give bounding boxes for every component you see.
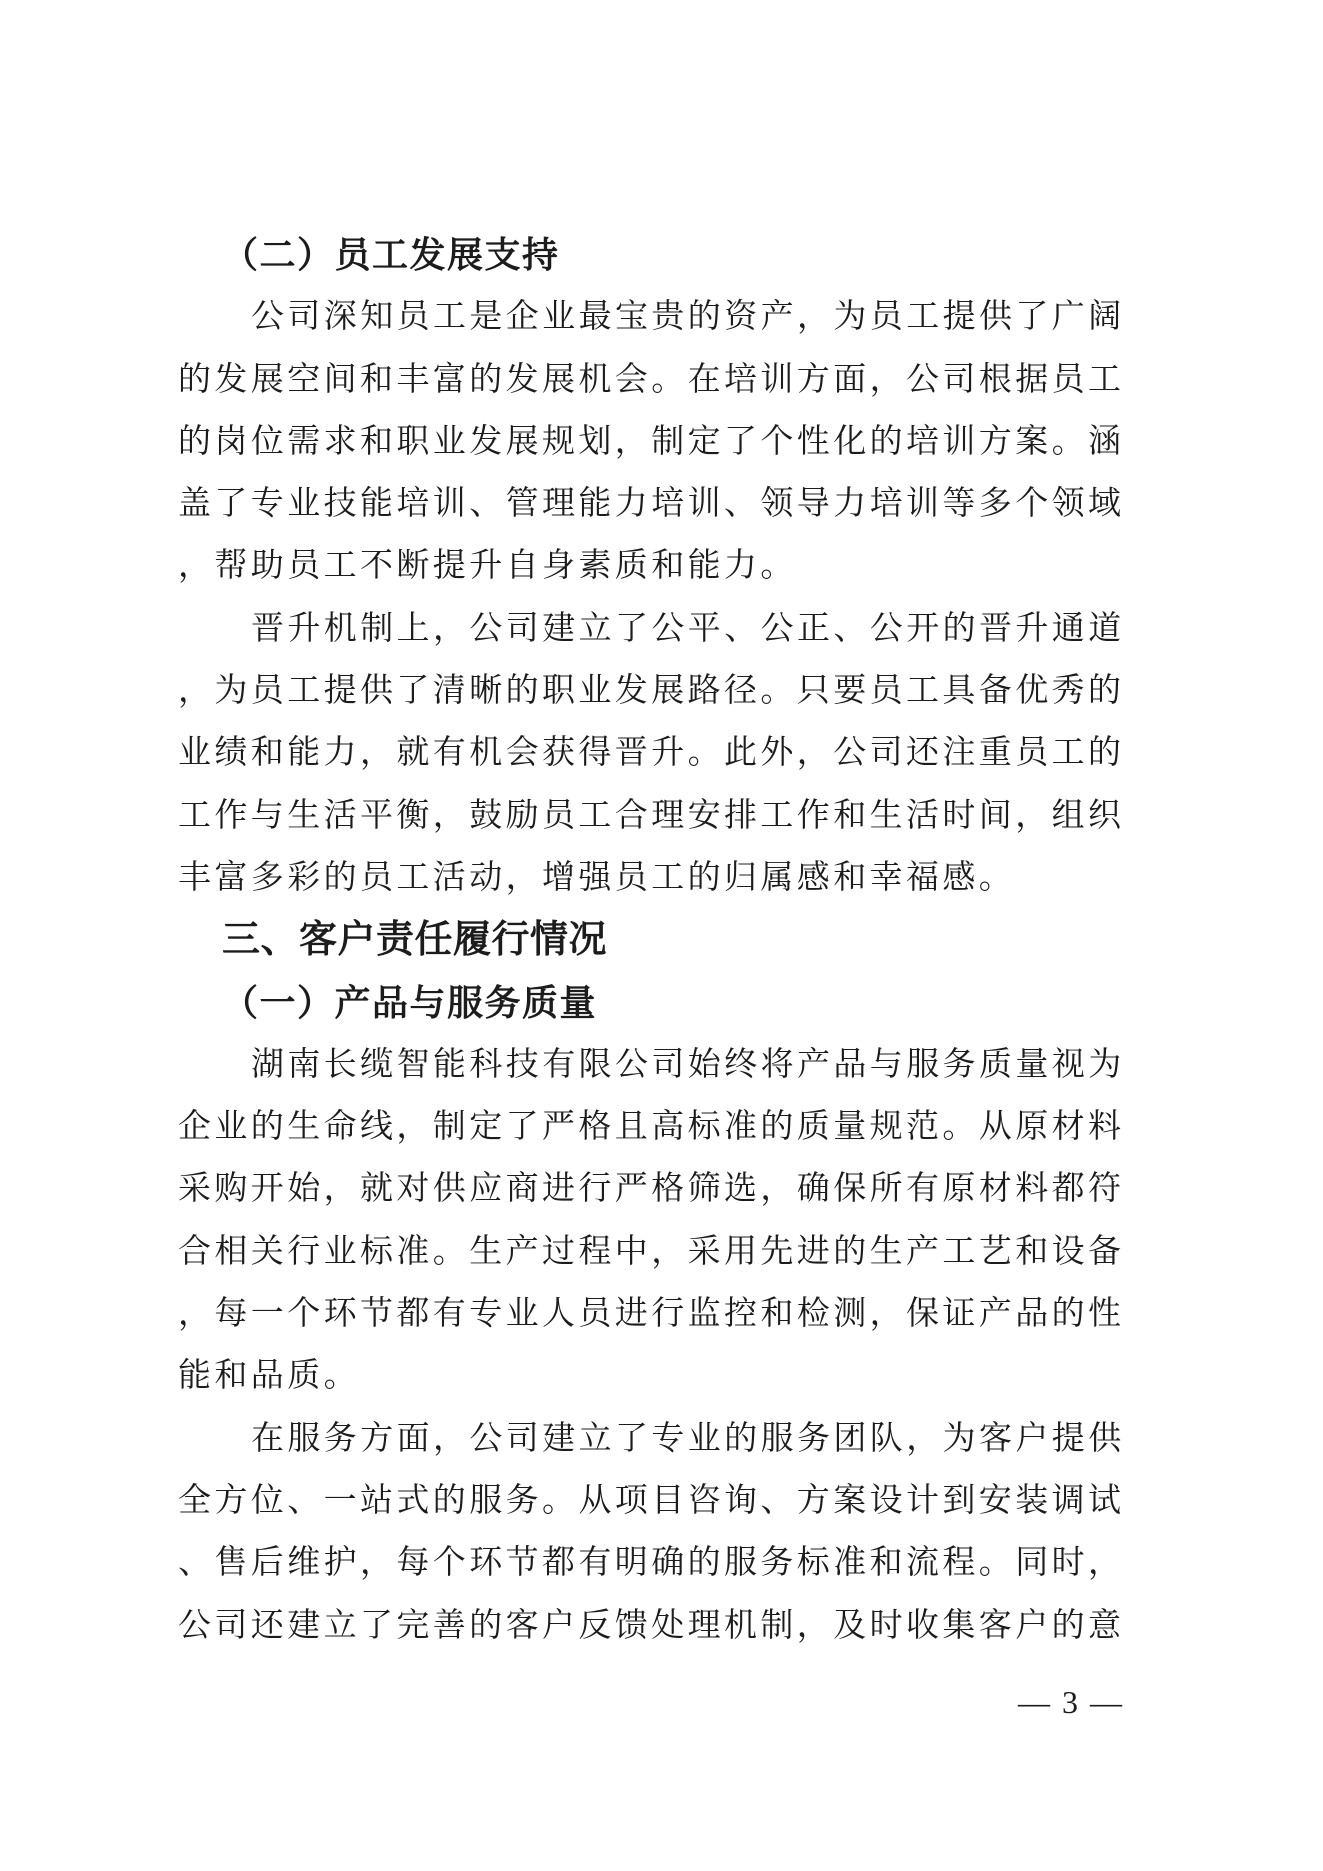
paragraph-line: 企业的生命线，制定了严格且高标准的质量规范。从原材料 bbox=[178, 1096, 1158, 1158]
paragraph-line: 湖南长缆智能科技有限公司始终将产品与服务质量视为 bbox=[178, 1034, 1158, 1096]
paragraph-line: ，每一个环节都有专业人员进行监控和检测，保证产品的性 bbox=[178, 1283, 1158, 1345]
paragraph-line: 业绩和能力，就有机会获得晋升。此外，公司还注重员工的 bbox=[178, 722, 1158, 784]
paragraph-line: 合相关行业标准。生产过程中，采用先进的生产工艺和设备 bbox=[178, 1221, 1158, 1283]
section-heading: 三、客户责任履行情况 bbox=[178, 909, 1158, 971]
paragraph-line: 公司深知员工是企业最宝贵的资产，为员工提供了广阔 bbox=[178, 286, 1158, 348]
paragraph-line: 盖了专业技能培训、管理能力培训、领导力培训等多个领域 bbox=[178, 473, 1158, 535]
paragraph-line: ，为员工提供了清晰的职业发展路径。只要员工具备优秀的 bbox=[178, 660, 1158, 722]
paragraph-line: 工作与生活平衡，鼓励员工合理安排工作和生活时间，组织 bbox=[178, 785, 1158, 847]
document-page: （二）员工发展支持公司深知员工是企业最宝贵的资产，为员工提供了广阔的发展空间和丰… bbox=[0, 0, 1323, 1871]
page-number-text: — 3 — bbox=[1018, 1684, 1124, 1720]
page-number: — 3 — bbox=[1018, 1671, 1124, 1733]
paragraph-line: 的发展空间和丰富的发展机会。在培训方面，公司根据员工 bbox=[178, 349, 1158, 411]
sub-section-heading: （一）产品与服务质量 bbox=[178, 972, 1158, 1034]
paragraph-line: 、售后维护，每个环节都有明确的服务标准和流程。同时， bbox=[178, 1532, 1158, 1594]
paragraph-line: 采购开始，就对供应商进行严格筛选，确保所有原材料都符 bbox=[178, 1158, 1158, 1220]
document-content: （二）员工发展支持公司深知员工是企业最宝贵的资产，为员工提供了广阔的发展空间和丰… bbox=[178, 224, 1158, 1657]
paragraph-line: 能和品质。 bbox=[178, 1345, 1158, 1407]
paragraph-line: 全方位、一站式的服务。从项目咨询、方案设计到安装调试 bbox=[178, 1470, 1158, 1532]
paragraph-line: ，帮助员工不断提升自身素质和能力。 bbox=[178, 535, 1158, 597]
paragraph-line: 晋升机制上，公司建立了公平、公正、公开的晋升通道 bbox=[178, 598, 1158, 660]
paragraph-line: 的岗位需求和职业发展规划，制定了个性化的培训方案。涵 bbox=[178, 411, 1158, 473]
paragraph-line: 公司还建立了完善的客户反馈处理机制，及时收集客户的意 bbox=[178, 1595, 1158, 1657]
paragraph-line: 丰富多彩的员工活动，增强员工的归属感和幸福感。 bbox=[178, 847, 1158, 909]
sub-section-heading: （二）员工发展支持 bbox=[178, 224, 1158, 286]
paragraph-line: 在服务方面，公司建立了专业的服务团队，为客户提供 bbox=[178, 1408, 1158, 1470]
